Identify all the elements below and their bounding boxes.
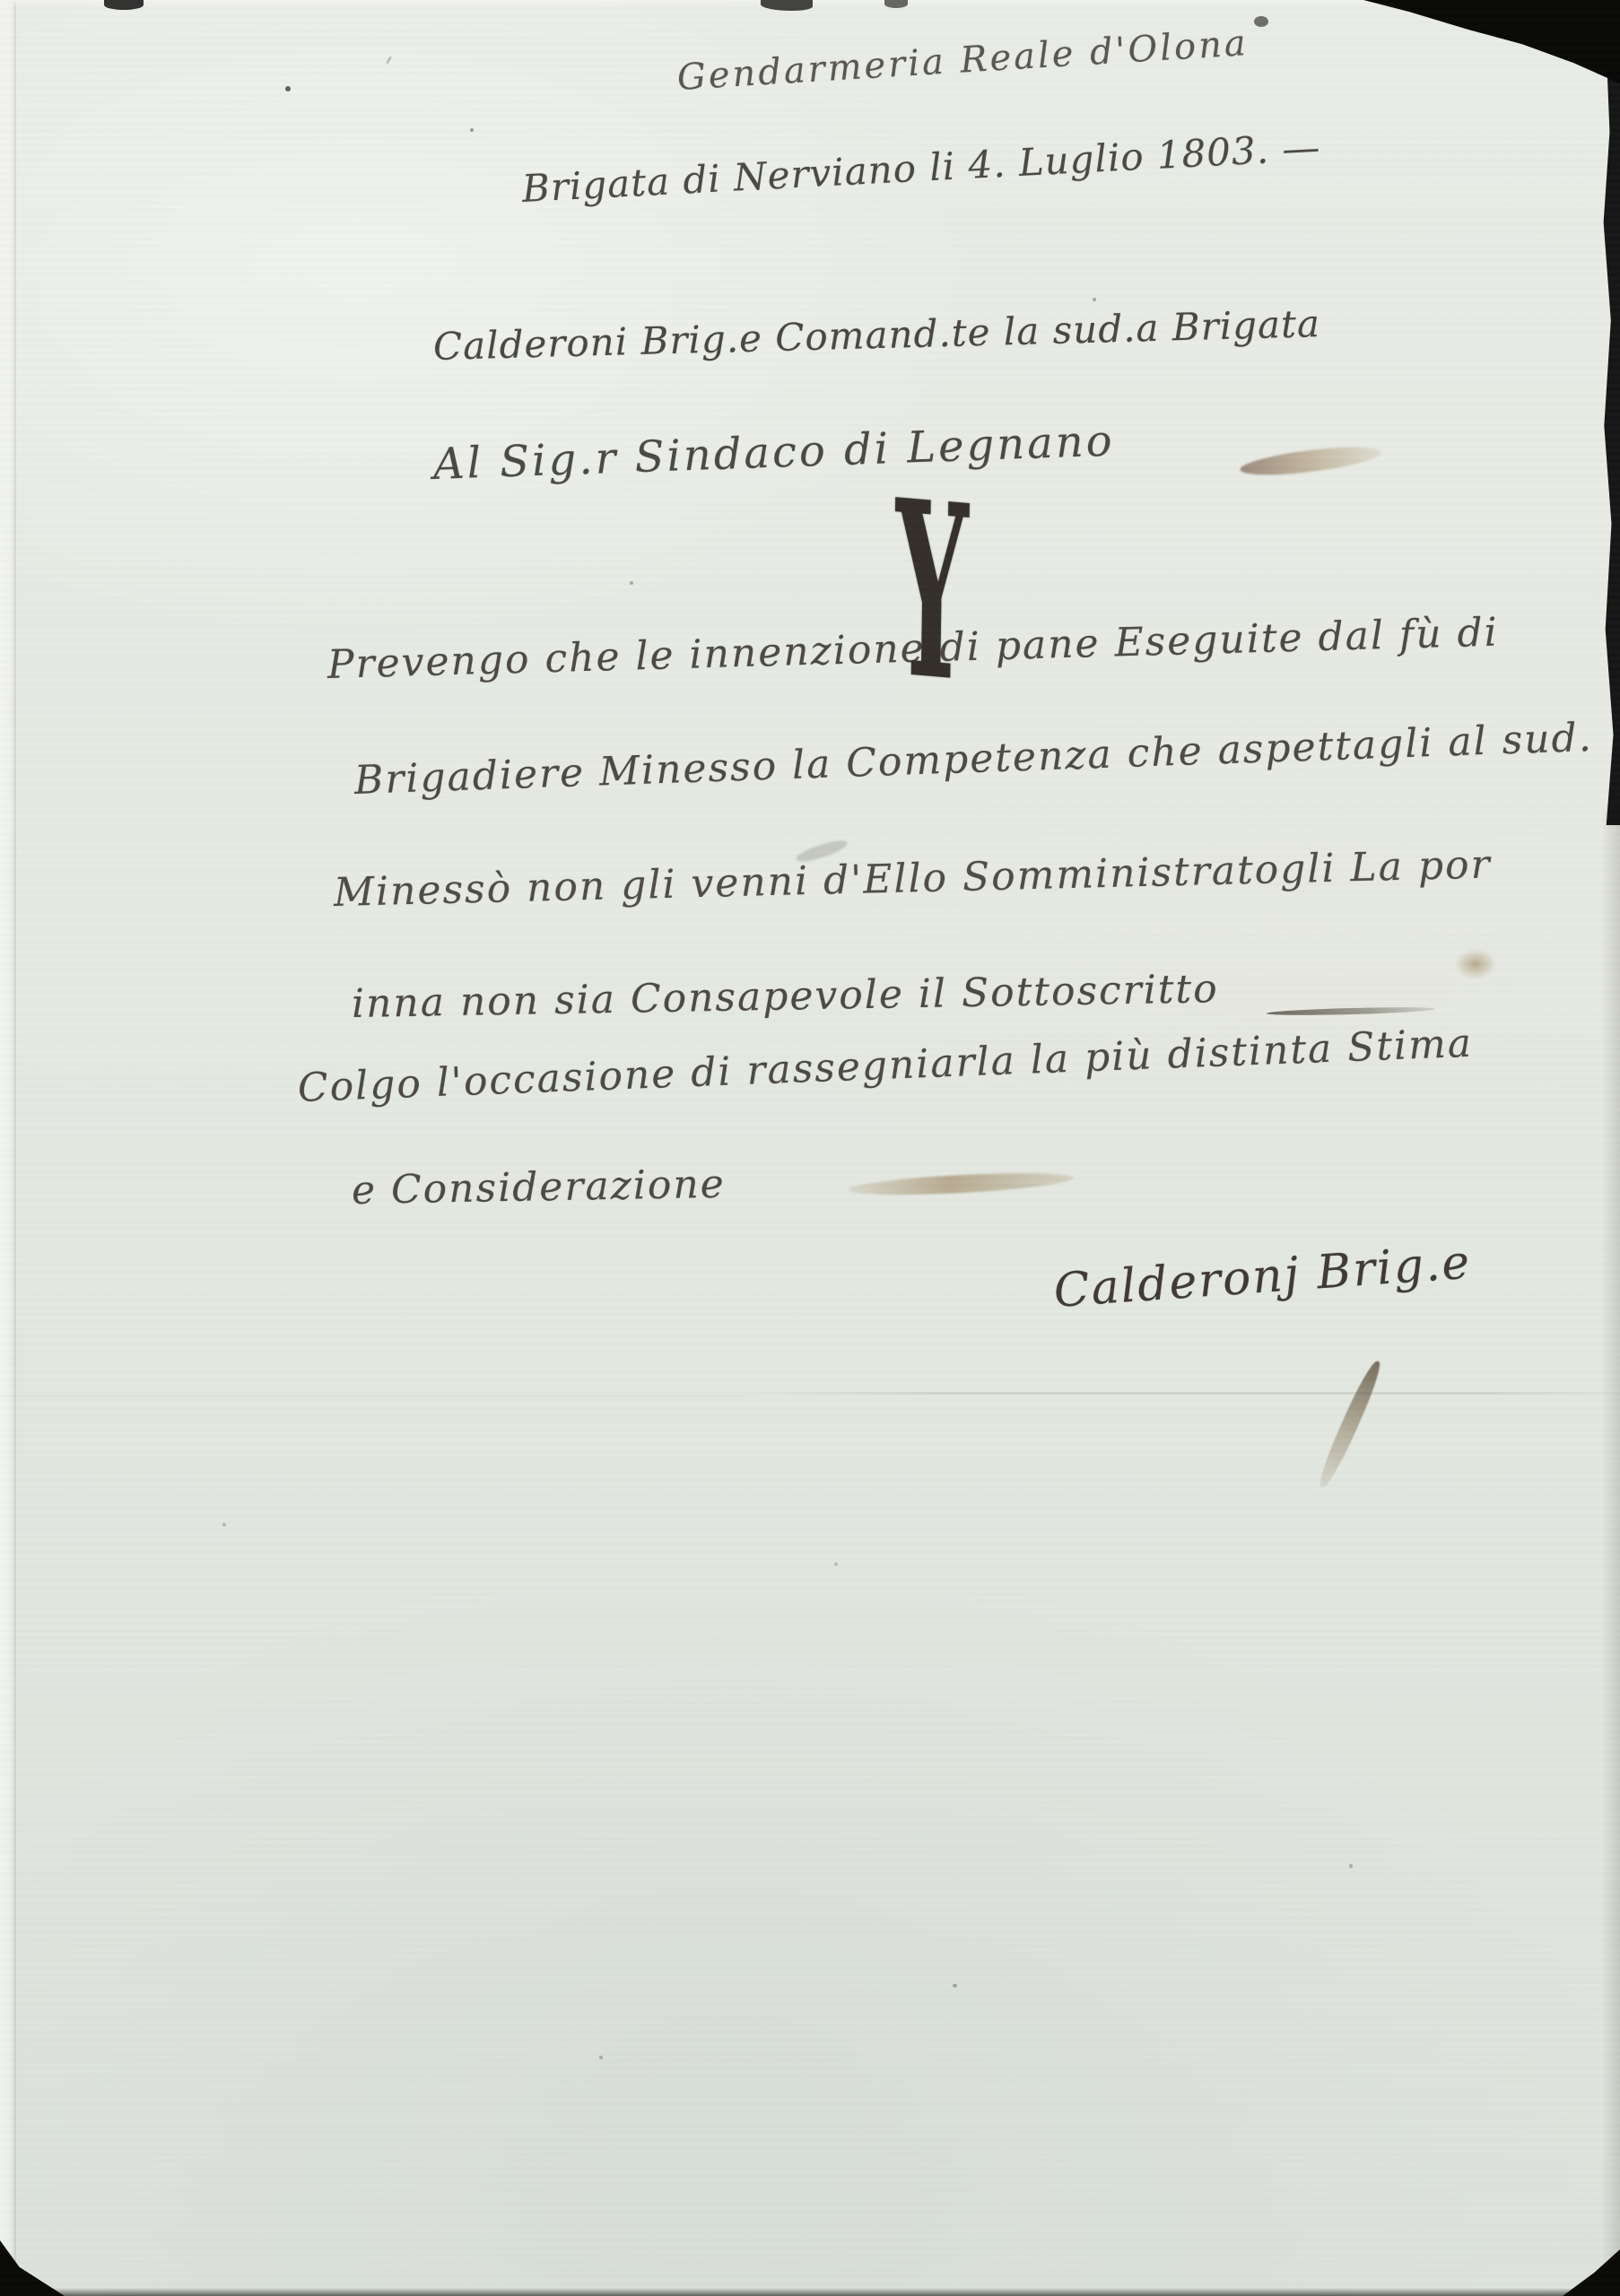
ink-speck bbox=[834, 1562, 838, 1566]
ink-smudge bbox=[794, 837, 849, 865]
ink-speck bbox=[222, 1523, 226, 1526]
ink-speck bbox=[285, 86, 291, 91]
paper-edge-top bbox=[0, 0, 1620, 6]
ink-speck bbox=[1349, 1864, 1353, 1868]
document-page: Gendarmeria Reale d'Olona Brigata di Ner… bbox=[0, 0, 1620, 2296]
torn-corner-bottom-left bbox=[0, 2240, 65, 2296]
ink-speck bbox=[1093, 298, 1096, 301]
body-line: Minessò non gli venni d'Ello Somministra… bbox=[333, 841, 1492, 916]
body-line: e Considerazione bbox=[352, 1161, 727, 1213]
torn-corner-top-right bbox=[1363, 0, 1620, 85]
torn-edge-mark bbox=[1254, 16, 1268, 27]
ink-stain bbox=[1455, 949, 1496, 979]
torn-corner-bottom-right bbox=[1563, 2249, 1620, 2296]
dateline: Brigata di Nerviano li 4. Luglio 1803. — bbox=[521, 125, 1322, 211]
ink-speck bbox=[630, 581, 633, 585]
ink-dash bbox=[1267, 1006, 1435, 1017]
ink-speck bbox=[386, 56, 393, 65]
ink-speck bbox=[599, 2056, 603, 2059]
letterhead-line: Gendarmeria Reale d'Olona bbox=[676, 22, 1250, 99]
torn-edge-mark bbox=[884, 0, 908, 8]
body-line: Colgo l'occasione di rassegniarla la più… bbox=[297, 1021, 1474, 1111]
fold-crease bbox=[745, 1392, 1620, 1395]
torn-edge-right bbox=[1590, 72, 1620, 825]
body-line: Brigadiere Minesso la Competenza che asp… bbox=[353, 715, 1593, 804]
signature: Calderonj Brig.e bbox=[1052, 1236, 1473, 1318]
paper-edge-left bbox=[0, 0, 16, 2296]
paper-edge-bottom bbox=[0, 2288, 1620, 2296]
sender-line: Calderoni Brig.e Comand.te la sud.a Brig… bbox=[432, 301, 1320, 369]
photo-backdrop: Gendarmeria Reale d'Olona Brigata di Ner… bbox=[0, 0, 1620, 2296]
torn-edge-mark bbox=[104, 0, 144, 10]
signature-flourish bbox=[1314, 1359, 1386, 1489]
addressee-line: Al Sig.r Sindaco di Legnano bbox=[432, 415, 1115, 489]
faded-ink-dash bbox=[848, 1169, 1075, 1198]
body-line: inna non sia Consapevole il Sottoscritto bbox=[352, 966, 1219, 1027]
body-line: Prevengo che le innenzione di pane Esegu… bbox=[327, 610, 1499, 688]
paper-edge-right bbox=[1597, 807, 1620, 2260]
bold-ink-mark-y: Y bbox=[893, 447, 969, 736]
ink-speck bbox=[953, 1984, 957, 1987]
faded-ink-dash bbox=[1239, 441, 1382, 480]
ink-speck bbox=[470, 128, 474, 132]
torn-edge-mark bbox=[761, 0, 813, 11]
fold-crease bbox=[0, 1396, 745, 1397]
